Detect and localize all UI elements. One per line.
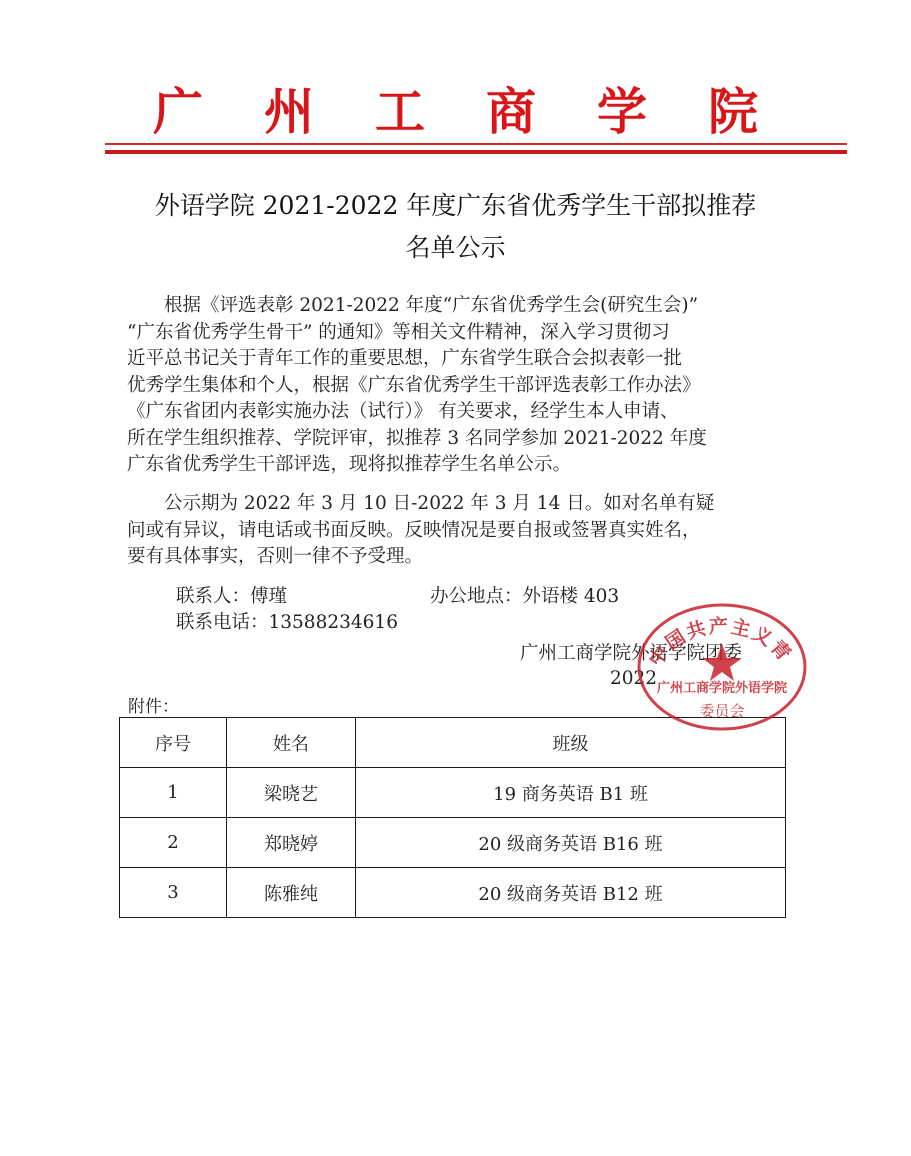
- cell-name: 陈雅纯: [227, 868, 356, 918]
- document-title-line1: 外语学院 2021-2022 年度广东省优秀学生干部拟推荐: [0, 186, 911, 222]
- masthead-college-name: 广州工商学院: [0, 72, 911, 144]
- masthead-char: 工: [345, 72, 456, 144]
- cell-name: 郑晓婷: [227, 818, 356, 868]
- paragraph-line: “广东省优秀学生骨干” 的通知》等相关文件精神，深入学习贯彻习: [127, 320, 787, 347]
- masthead-char: 广: [123, 72, 234, 144]
- official-seal-stamp: 中国共产主义青年团 广州工商学院外语学院 委员会: [636, 602, 808, 732]
- cell-class: 19 商务英语 B1 班: [356, 768, 786, 818]
- column-header-number: 序号: [120, 718, 227, 768]
- nominee-table: 序号 姓名 班级 1 梁晓艺 19 商务英语 B1 班 2 郑晓婷 20 级商务…: [119, 717, 786, 918]
- paragraph-line: 优秀学生集体和个人，根据《广东省优秀学生干部评选表彰工作办法》: [127, 373, 787, 400]
- masthead-char: 商: [456, 72, 567, 144]
- paragraph-line: 《广东省团内表彰实施办法（试行）》 有关要求，经学生本人申请、: [127, 399, 787, 426]
- cell-number: 3: [120, 868, 227, 918]
- paragraph-line: 近平总书记关于青年工作的重要思想，广东省学生联合会拟表彰一批: [127, 346, 787, 373]
- paragraph-line: 问或有异议，请电话或书面反映。反映情况是要自报或签署真实姓名，: [127, 518, 787, 545]
- paragraph-line: 根据《评选表彰 2021-2022 年度“广东省优秀学生会(研究生会)”: [127, 293, 787, 320]
- masthead-char: 学: [567, 72, 678, 144]
- cell-class: 20 级商务英语 B16 班: [356, 818, 786, 868]
- table-row: 3 陈雅纯 20 级商务英语 B12 班: [120, 868, 786, 918]
- cell-number: 1: [120, 768, 227, 818]
- masthead-char: 院: [678, 72, 789, 144]
- cell-number: 2: [120, 818, 227, 868]
- paragraph-line: 广东省优秀学生干部评选，现将拟推荐学生名单公示。: [127, 452, 787, 479]
- contact-person: 联系人：傅瑾: [176, 582, 287, 608]
- masthead-divider-thick: [105, 150, 847, 154]
- stamp-bottom-text: 委员会: [699, 702, 744, 720]
- contact-phone: 联系电话：13588234616: [176, 608, 398, 634]
- office-location: 办公地点：外语楼 403: [430, 582, 619, 608]
- table-row: 1 梁晓艺 19 商务英语 B1 班: [120, 768, 786, 818]
- column-header-name: 姓名: [227, 718, 356, 768]
- stamp-middle-text: 广州工商学院外语学院: [657, 680, 787, 696]
- star-icon: [702, 644, 742, 681]
- paragraph-line: 要有具体事实，否则一律不予受理。: [127, 544, 787, 571]
- paragraph-line: 公示期为 2022 年 3 月 10 日-2022 年 3 月 14 日。如对名…: [127, 491, 787, 518]
- table-row: 2 郑晓婷 20 级商务英语 B16 班: [120, 818, 786, 868]
- masthead-char: 州: [234, 72, 345, 144]
- masthead-divider-thin: [105, 143, 847, 145]
- cell-class: 20 级商务英语 B12 班: [356, 868, 786, 918]
- paragraph-publicity-period: 公示期为 2022 年 3 月 10 日-2022 年 3 月 14 日。如对名…: [127, 491, 787, 571]
- paragraph-announcement: 根据《评选表彰 2021-2022 年度“广东省优秀学生会(研究生会)” “广东…: [127, 293, 787, 479]
- document-title-line2: 名单公示: [0, 228, 911, 264]
- cell-name: 梁晓艺: [227, 768, 356, 818]
- attachment-label: 附件：: [128, 692, 179, 717]
- paragraph-line: 所在学生组织推荐、学院评审，拟推荐 3 名同学参加 2021-2022 年度: [127, 426, 787, 453]
